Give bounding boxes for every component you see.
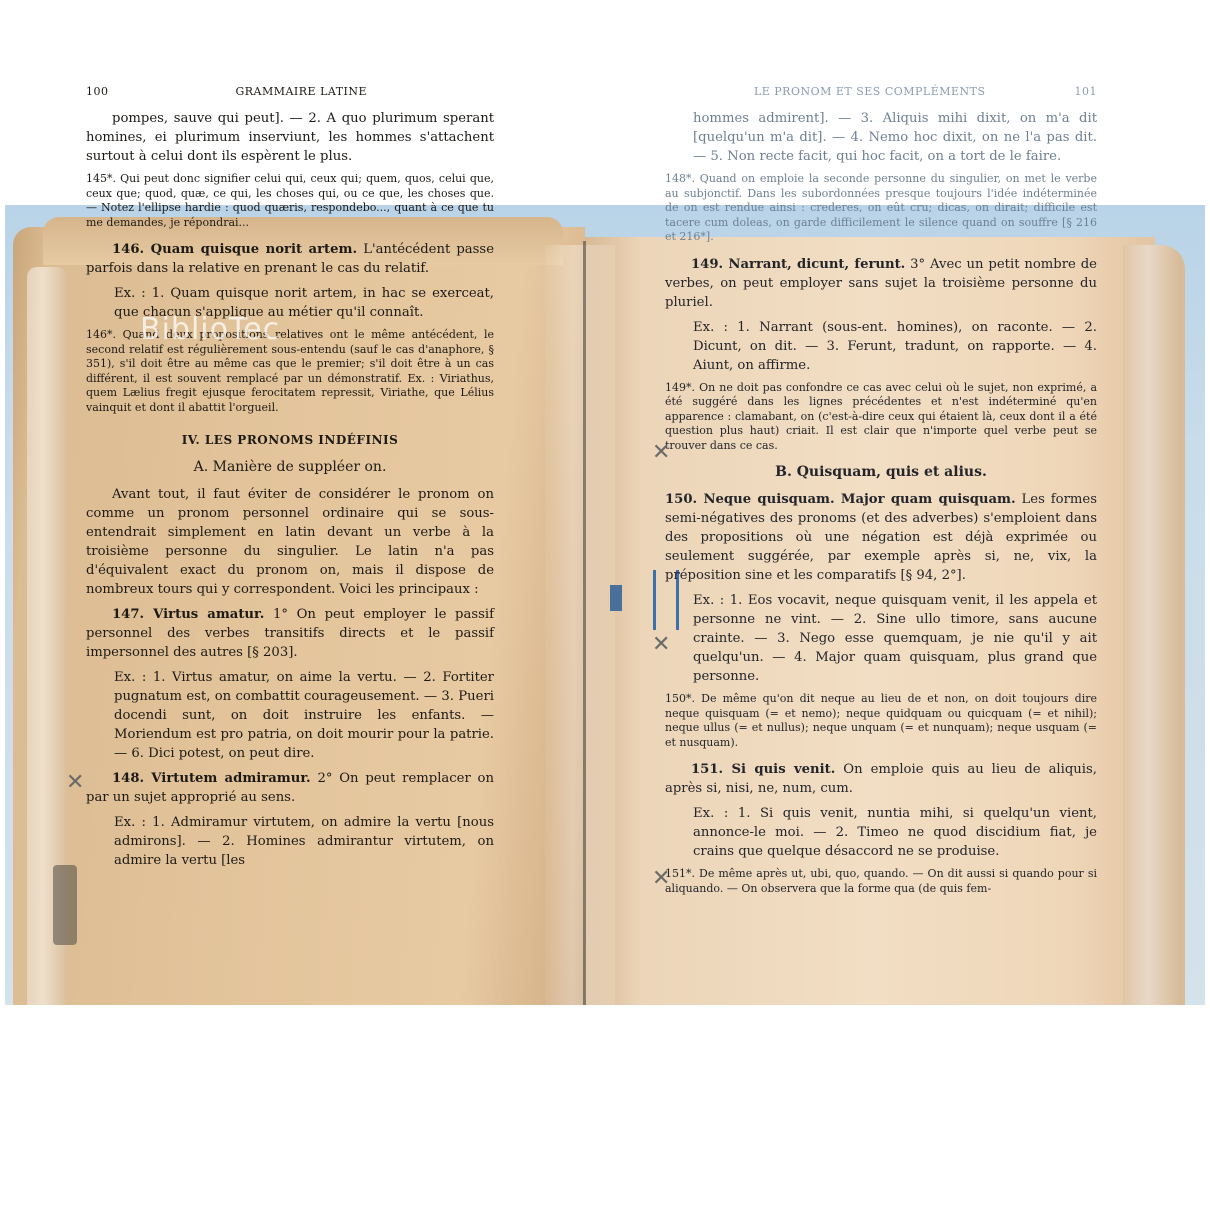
pencil-x-mark-149: ✕	[652, 440, 670, 465]
section-149: 149. Narrant, dicunt, ferunt. 3° Avec un…	[665, 255, 1097, 312]
section-150-heading: 150. Neque quisquam. Major quam quisquam…	[665, 492, 1016, 507]
section-147-example: Ex. : 1. Virtus amatur, on aime la vertu…	[86, 668, 494, 763]
left-page-text: 100 GRAMMAIRE LATINE pompes, sauve qui p…	[86, 82, 494, 876]
watermark-logo: BiblioTec	[140, 312, 280, 347]
subsection-title-quisquam: B. Quisquam, quis et alius.	[665, 463, 1097, 482]
section-150: 150. Neque quisquam. Major quam quisquam…	[665, 490, 1097, 585]
blue-ink-mark	[610, 585, 622, 611]
left-running-title: GRAMMAIRE LATINE	[235, 82, 367, 101]
note-148: 148*. Quand on emploie la seconde person…	[665, 172, 1097, 245]
section-148-example: Ex. : 1. Admiramur virtutem, on admire l…	[86, 813, 494, 870]
note-149: 149*. On ne doit pas confondre ce cas av…	[665, 381, 1097, 454]
section-151-heading: 151. Si quis venit.	[691, 762, 835, 777]
right-continuation: hommes admirent]. — 3. Aliquis mihi dixi…	[665, 109, 1097, 166]
right-running-title: LE PRONOM ET SES COMPLÉMENTS	[754, 82, 986, 101]
section-149-heading: 149. Narrant, dicunt, ferunt.	[691, 257, 905, 272]
section-146: 146. Quam quisque norit artem. L'antécéd…	[86, 240, 494, 278]
left-running-head: 100 GRAMMAIRE LATINE	[86, 82, 494, 101]
right-running-head: LE PRONOM ET SES COMPLÉMENTS 101	[665, 82, 1097, 101]
spine-tape	[545, 245, 615, 1005]
intro-paragraph: Avant tout, il faut éviter de considérer…	[86, 485, 494, 599]
section-149-example: Ex. : 1. Narrant (sous-ent. homines), on…	[665, 318, 1097, 375]
section-148: 148. Virtutem admiramur. 2° On peut remp…	[86, 769, 494, 807]
section-title-indefinite-pronouns: IV. LES PRONOMS INDÉFINIS	[86, 431, 494, 450]
note-150: 150*. De même qu'on dit neque au lieu de…	[665, 692, 1097, 750]
book-gutter	[583, 241, 586, 1005]
note-151: 151*. De même après ut, ubi, quo, quando…	[665, 867, 1097, 896]
right-page-text: LE PRONOM ET SES COMPLÉMENTS 101 hommes …	[665, 82, 1097, 906]
pencil-x-mark-147: ✕	[66, 770, 84, 795]
pencil-x-mark-150: ✕	[652, 632, 670, 657]
left-page-number: 100	[86, 82, 109, 101]
section-150-example: Ex. : 1. Eos vocavit, neque quisquam ven…	[665, 591, 1097, 686]
section-147: 147. Virtus amatur. 1° On peut employer …	[86, 605, 494, 662]
section-151: 151. Si quis venit. On emploie quis au l…	[665, 760, 1097, 798]
subsection-title-on: A. Manière de suppléer on.	[86, 458, 494, 477]
section-151-example: Ex. : 1. Si quis venit, nuntia mihi, si …	[665, 804, 1097, 861]
ink-stain	[53, 865, 77, 945]
pencil-x-mark-151: ✕	[652, 866, 670, 891]
note-145: 145*. Qui peut donc signifier celui qui,…	[86, 172, 494, 230]
section-148-heading: 148. Virtutem admiramur.	[112, 771, 311, 786]
section-147-heading: 147. Virtus amatur.	[112, 607, 264, 622]
right-page-edge	[1123, 245, 1185, 1005]
right-page-number: 101	[1075, 82, 1098, 101]
left-continuation: pompes, sauve qui peut]. — 2. A quo plur…	[86, 109, 494, 166]
section-146-heading: 146. Quam quisque norit artem.	[112, 242, 357, 257]
